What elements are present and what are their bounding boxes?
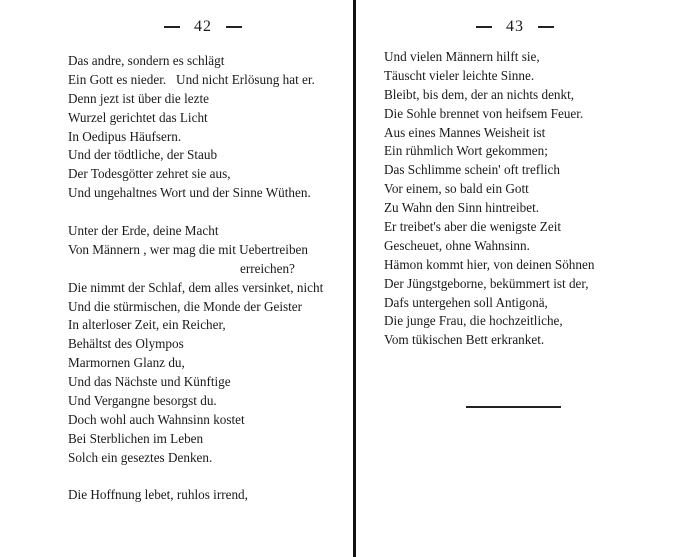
verse-line: Und die stürmischen, die Monde der Geist… (68, 298, 323, 317)
verse-line: Behältst des Olympos (68, 335, 323, 354)
verse-line: Aus eines Mannes Weisheit ist (384, 124, 594, 143)
verse-line: Die junge Frau, die hochzeitliche, (384, 312, 594, 331)
verse-line: Täuscht vieler leichte Sinne. (384, 67, 594, 86)
verse-lines-right: Und vielen Männern hilft sie, Täuscht vi… (384, 48, 594, 350)
verse-line: Bleibt, bis dem, der an nichts denkt, (384, 86, 594, 105)
dash-decoration (476, 26, 492, 28)
verse-line: Marmornen Glanz du, (68, 354, 323, 373)
verse-line: Vom tükischen Bett erkranket. (384, 331, 594, 350)
verse-lines-left: Das andre, sondern es schlägt Ein Gott e… (68, 52, 323, 505)
verse-line: Bei Sterblichen im Leben (68, 430, 323, 449)
verse-line-continuation: erreichen? (68, 260, 323, 279)
verse-line: Und das Nächste und Künftige (68, 373, 323, 392)
verse-line: Denn jezt ist über die lezte (68, 90, 323, 109)
verse-line: Ein Gott es nieder. Und nicht Erlösung h… (68, 71, 323, 90)
verse-line: Dafs untergehen soll Antigonä, (384, 294, 594, 313)
right-page: 43 Und vielen Männern hilft sie, Täuscht… (356, 0, 698, 557)
dash-decoration (164, 26, 180, 28)
verse-line: In alterloser Zeit, ein Reicher, (68, 316, 323, 335)
page-number-left: 42 (150, 18, 256, 36)
page-number-text: 43 (506, 18, 524, 35)
section-end-rule (466, 406, 561, 408)
verse-line: Die Hoffnung lebet, ruhlos irrend, (68, 486, 323, 505)
left-page: 42 Das andre, sondern es schlägt Ein Got… (0, 0, 354, 557)
verse-line: In Oedipus Häufsern. (68, 128, 323, 147)
verse-line: Gescheuet, ohne Wahnsinn. (384, 237, 594, 256)
page-number-text: 42 (194, 18, 212, 35)
verse-line: Die Sohle brennet von heifsem Feuer. (384, 105, 594, 124)
verse-line: Und Vergangne besorgst du. (68, 392, 323, 411)
verse-line: Und der tödtliche, der Staub (68, 146, 323, 165)
verse-line: Und vielen Männern hilft sie, (384, 48, 594, 67)
verse-line: Der Jüngstgeborne, bekümmert ist der, (384, 275, 594, 294)
verse-line: Zu Wahn den Sinn hintreibet. (384, 199, 594, 218)
verse-line: Von Männern , wer mag die mit Uebertreib… (68, 241, 323, 260)
verse-line: Das Schlimme schein' oft treflich (384, 161, 594, 180)
verse-line: Ein rühmlich Wort gekommen; (384, 142, 594, 161)
verse-line: Und ungehaltnes Wort und der Sinne Wüthe… (68, 184, 323, 203)
verse-line: Der Todesgötter zehret sie aus, (68, 165, 323, 184)
verse-line: Solch ein geseztes Denken. (68, 449, 323, 468)
verse-line: Die nimmt der Schlaf, dem alles versinke… (68, 279, 323, 298)
verse-line: Das andre, sondern es schlägt (68, 52, 323, 71)
dash-decoration (226, 26, 242, 28)
verse-line: Vor einem, so bald ein Gott (384, 180, 594, 199)
verse-line: Wurzel gerichtet das Licht (68, 109, 323, 128)
verse-line: Doch wohl auch Wahnsinn kostet (68, 411, 323, 430)
verse-line: Hämon kommt hier, von deinen Söhnen (384, 256, 594, 275)
dash-decoration (538, 26, 554, 28)
verse-line: Er treibet's aber die wenigste Zeit (384, 218, 594, 237)
page-number-right: 43 (462, 18, 568, 36)
verse-line: Unter der Erde, deine Macht (68, 222, 323, 241)
